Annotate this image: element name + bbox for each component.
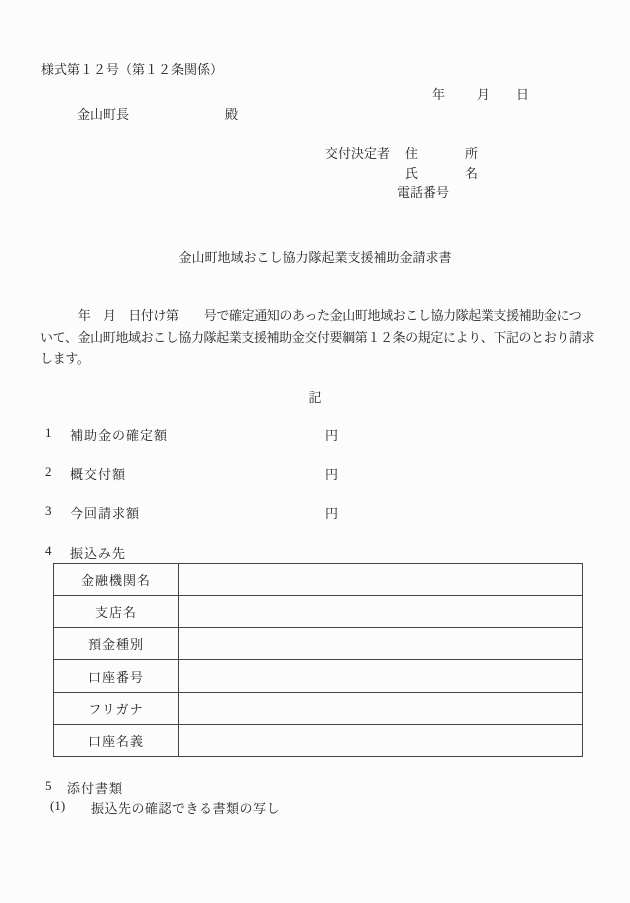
table-row: 口座番号 [54, 660, 583, 692]
attachments-section-heading: 5 添付書類 [0, 778, 630, 795]
body-line: します。 [40, 348, 600, 370]
document-page: 様式第１２号（第１２条関係） 年 月 日 金山町長 殿 交付決定者 住 所 氏 … [0, 0, 630, 903]
item-label: 今回請求額 [70, 503, 140, 522]
amount-item-3: 3 今回請求額 円 [0, 503, 630, 520]
table-row: 口座名義 [54, 724, 583, 756]
body-paragraph: 年 月 日付け第 号で確定通知のあった金山町地域おこし協力隊起業支援補助金につ … [40, 305, 600, 370]
body-line: いて、金山町地域おこし協力隊起業支援補助金交付要綱第１２条の規定により、下記のと… [40, 327, 600, 349]
bank-row-value [179, 596, 583, 628]
addressee-honorific: 殿 [225, 107, 238, 123]
currency-unit: 円 [325, 464, 338, 483]
attachment-list-item: (1) 振込先の確認できる書類の写し [0, 798, 630, 815]
attachment-text: 振込先の確認できる書類の写し [91, 798, 280, 817]
bank-row-label: 預金種別 [54, 628, 179, 660]
bank-row-value [179, 692, 583, 724]
bank-transfer-table: 金融機関名 支店名 預金種別 口座番号 フリガナ 口座名義 [53, 563, 583, 757]
bank-row-value [179, 724, 583, 756]
table-row: フリガナ [54, 692, 583, 724]
bank-row-label: 口座番号 [54, 660, 179, 692]
decider-name-label-first: 氏 [405, 166, 418, 182]
document-title: 金山町地域おこし協力隊起業支援補助金請求書 [0, 247, 630, 266]
bank-row-value [179, 628, 583, 660]
table-row: 預金種別 [54, 628, 583, 660]
decider-name-label-last: 名 [465, 166, 478, 182]
date-month-label: 月 [477, 87, 490, 103]
bank-row-label: 支店名 [54, 596, 179, 628]
item-number: 4 [45, 543, 52, 559]
item-number: 2 [45, 464, 52, 480]
item-number: 5 [45, 778, 52, 794]
bank-row-label: フリガナ [54, 692, 179, 724]
date-day-label: 日 [516, 87, 529, 103]
decider-address-label-first: 住 [405, 146, 418, 162]
decider-phone-label: 電話番号 [397, 185, 449, 201]
amount-item-1: 1 補助金の確定額 円 [0, 425, 630, 442]
body-line: 年 月 日付け第 号で確定通知のあった金山町地域おこし協力隊起業支援補助金につ [40, 305, 600, 327]
bank-row-label: 口座名義 [54, 724, 179, 756]
item-label: 補助金の確定額 [70, 425, 168, 444]
attachment-number: (1) [50, 798, 65, 814]
currency-unit: 円 [325, 503, 338, 522]
bank-row-label: 金融機関名 [54, 564, 179, 596]
item-label: 振込み先 [70, 543, 126, 562]
item-label: 添付書類 [67, 778, 123, 797]
table-row: 金融機関名 [54, 564, 583, 596]
addressee-name: 金山町長 [77, 107, 129, 123]
date-year-label: 年 [432, 87, 445, 103]
item-number: 3 [45, 503, 52, 519]
decider-label: 交付決定者 [325, 146, 390, 162]
amount-item-2: 2 概交付額 円 [0, 464, 630, 481]
table-row: 支店名 [54, 596, 583, 628]
bank-row-value [179, 660, 583, 692]
decider-address-label-last: 所 [465, 146, 478, 162]
item-label: 概交付額 [70, 464, 126, 483]
transfer-section-heading: 4 振込み先 [0, 543, 630, 560]
bank-row-value [179, 564, 583, 596]
record-marker: 記 [0, 387, 630, 406]
currency-unit: 円 [325, 425, 338, 444]
item-number: 1 [45, 425, 52, 441]
form-number: 様式第１２号（第１２条関係） [41, 62, 223, 78]
